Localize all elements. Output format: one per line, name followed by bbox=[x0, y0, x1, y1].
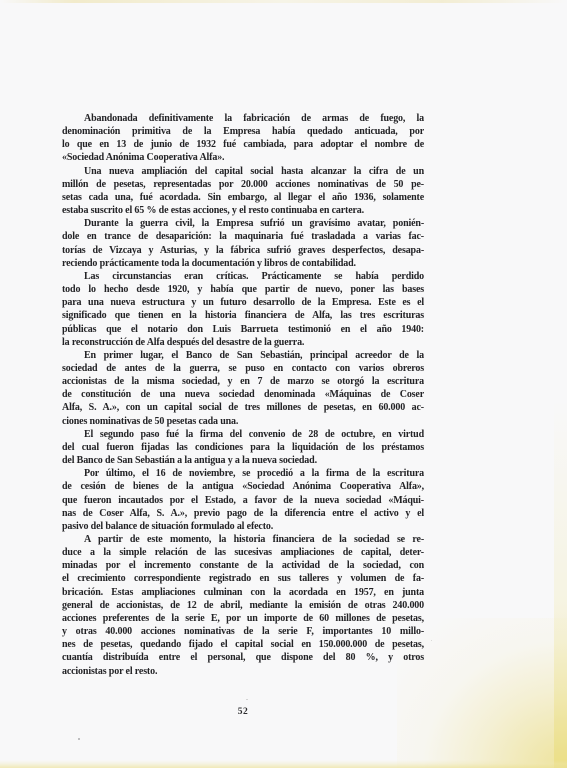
text-line: la reconstrucción de Alfa después del de… bbox=[62, 336, 424, 349]
text-line: Durante la guerra civil, la Empresa sufr… bbox=[62, 217, 424, 230]
scan-speck bbox=[431, 640, 432, 641]
text-line: En primer lugar, el Banco de San Sebasti… bbox=[62, 349, 424, 362]
text-line: todo lo hecho desde 1920, y había que pa… bbox=[62, 283, 424, 296]
text-line: Abandonada definitivamente la fabricació… bbox=[62, 112, 424, 125]
text-line: general de accionistas, de 12 de abril, … bbox=[62, 599, 424, 612]
text-line: acciones preferentes de la serie E, por … bbox=[62, 612, 424, 625]
text-line: Por último, el 16 de noviembre, se proce… bbox=[62, 467, 424, 480]
text-line: del cual fueron fijadas las condiciones … bbox=[62, 441, 424, 454]
text-line: de constitución de una nueva sociedad de… bbox=[62, 388, 424, 401]
text-line: del Banco de San Sebastián a la antigua … bbox=[62, 454, 424, 467]
text-line: Una nueva ampliación del capital social … bbox=[62, 165, 424, 178]
paragraph: Las circunstancias eran críticas. Prácti… bbox=[62, 270, 424, 349]
text-line: Alfa, S. A.», con un capital social de t… bbox=[62, 401, 424, 414]
text-line: torías de Vizcaya y Asturias, y la fábri… bbox=[62, 244, 424, 257]
text-line: minadas por el incremento constante de l… bbox=[62, 559, 424, 572]
text-line: nes de pesetas, quedando fijado el capit… bbox=[62, 638, 424, 651]
paragraph: A partir de este momento, la historia fi… bbox=[62, 533, 424, 678]
paragraph: Por último, el 16 de noviembre, se proce… bbox=[62, 467, 424, 533]
text-line: dole en trance de desaparición: la maqui… bbox=[62, 230, 424, 243]
paragraph: El segundo paso fué la firma del conveni… bbox=[62, 428, 424, 467]
paragraph: Durante la guerra civil, la Empresa sufr… bbox=[62, 217, 424, 270]
page-number: 52 bbox=[62, 707, 424, 717]
text-line: setas cada una, fué acordada. Sin embarg… bbox=[62, 191, 424, 204]
text-line: que fueron incautados por el Estado, a f… bbox=[62, 494, 424, 507]
text-line: de cesión de bienes de la antigua «Socie… bbox=[62, 480, 424, 493]
text-line: A partir de este momento, la historia fi… bbox=[62, 533, 424, 546]
text-line: accionistas de la misma sociedad, y en 7… bbox=[62, 375, 424, 388]
text-line: El segundo paso fué la firma del conveni… bbox=[62, 428, 424, 441]
text-block: Abandonada definitivamente la fabricació… bbox=[62, 112, 424, 678]
text-line: estaba suscrito el 65 % de estas accione… bbox=[62, 204, 424, 217]
scan-edge-tint-top bbox=[0, 0, 567, 3]
scan-speck bbox=[246, 699, 248, 700]
scan-edge-tint-right bbox=[554, 400, 567, 768]
text-line: reciendo prácticamente toda la documenta… bbox=[62, 257, 424, 270]
scan-speck bbox=[78, 738, 80, 740]
text-line: públicas que el notario don Luis Barruet… bbox=[62, 323, 424, 336]
text-line: cuantía distribuída entre el personal, q… bbox=[62, 651, 424, 664]
text-line: significado que tienen en la historia fi… bbox=[62, 309, 424, 322]
paragraph: En primer lugar, el Banco de San Sebasti… bbox=[62, 349, 424, 428]
text-line: ciones nominativas de 50 pesetas cada un… bbox=[62, 415, 424, 428]
scan-edge-tint-bottom bbox=[0, 760, 567, 768]
scanned-page: Abandonada definitivamente la fabricació… bbox=[0, 0, 567, 768]
text-line: bricación. Estas ampliaciones culminan c… bbox=[62, 586, 424, 599]
text-line: nas de Coser Alfa, S. A.», previo pago d… bbox=[62, 507, 424, 520]
text-line: sociedad de antes de la guerra, se puso … bbox=[62, 362, 424, 375]
text-line: para una nueva estructura y un futuro de… bbox=[62, 296, 424, 309]
text-line: millón de pesetas, representadas por 20.… bbox=[62, 178, 424, 191]
text-line: duce a la simple relación de las sucesiv… bbox=[62, 546, 424, 559]
text-line: «Sociedad Anónima Cooperativa Alfa». bbox=[62, 151, 424, 164]
text-line: pasivo del balance de situación formulad… bbox=[62, 520, 424, 533]
text-line: denominación primitiva de la Empresa hab… bbox=[62, 125, 424, 138]
text-line: lo que en 13 de junio de 1932 fué cambia… bbox=[62, 138, 424, 151]
paragraph: Una nueva ampliación del capital social … bbox=[62, 165, 424, 218]
text-line: Las circunstancias eran críticas. Prácti… bbox=[62, 270, 424, 283]
text-line: el crecimiento correspondiente registrad… bbox=[62, 572, 424, 585]
paragraph: Abandonada definitivamente la fabricació… bbox=[62, 112, 424, 165]
text-line: accionistas por el resto. bbox=[62, 665, 424, 678]
text-line: y otras 40.000 acciones nominativas de l… bbox=[62, 625, 424, 638]
